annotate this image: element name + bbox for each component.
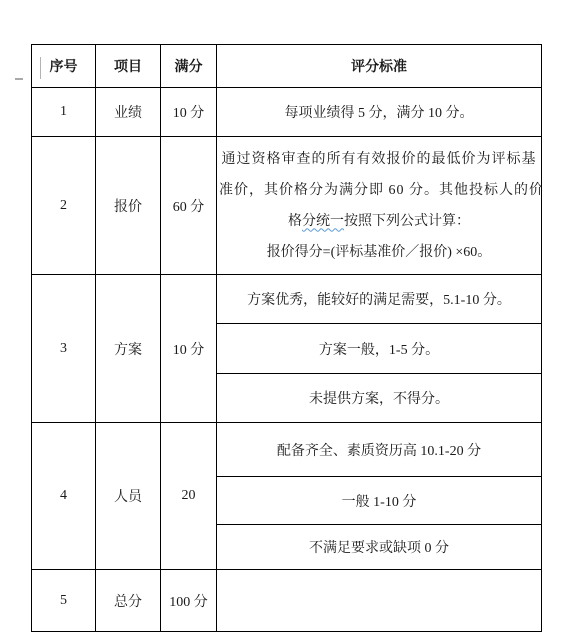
grammar-underlined-text: 分统一 [302,214,344,229]
cell-row4-criteria-average: 一般 1-10 分 [217,477,542,525]
cell-row2-no: 2 [32,137,96,275]
header-full-score: 满分 [161,45,217,88]
cell-row1-criteria: 每项业绩得 5 分，满分 10 分。 [217,88,542,137]
cell-row3-criteria-average: 方案一般，1-5 分。 [217,324,542,374]
price-criteria-line-3-pre: 格 [288,214,302,229]
price-criteria-line-3: 格分统一按照下列公式计算： [219,206,539,237]
table-header-row: 序号 项目 满分 评分标准 [32,45,542,88]
cell-row4-score: 20 [161,423,217,570]
cell-row2-criteria: 通过资格审查的所有有效报价的最低价为评标基 准价，其价格分为满分即 60 分。其… [217,137,542,275]
table-row-performance: 1 业绩 10 分 每项业绩得 5 分，满分 10 分。 [32,88,542,137]
header-item: 项目 [96,45,161,88]
cell-row5-criteria [217,570,542,632]
cell-row3-no: 3 [32,275,96,423]
cell-row4-no: 4 [32,423,96,570]
cell-row5-item: 总分 [96,570,161,632]
cell-row3-item: 方案 [96,275,161,423]
table-row-proposal: 3 方案 10 分 方案优秀，能较好的满足需要，5.1-10 分。 [32,275,542,324]
cell-row3-criteria-excellent: 方案优秀，能较好的满足需要，5.1-10 分。 [217,275,542,324]
margin-dash-mark [15,78,23,80]
cell-row2-score: 60 分 [161,137,217,275]
cell-row4-criteria-high: 配备齐全、素质资历高 10.1-20 分 [217,423,542,477]
header-serial-number: 序号 [32,45,96,88]
cell-row1-no: 1 [32,88,96,137]
table-row-price: 2 报价 60 分 通过资格审查的所有有效报价的最低价为评标基 准价，其价格分为… [32,137,542,275]
cell-row4-item: 人员 [96,423,161,570]
cell-row4-criteria-unqualified: 不满足要求或缺项 0 分 [217,525,542,570]
price-formula-line: 报价得分=(评标基准价／报价) ×60。 [219,237,539,268]
cell-row2-item: 报价 [96,137,161,275]
evaluation-criteria-table: 序号 项目 满分 评分标准 1 业绩 10 分 每项业绩得 5 分，满分 10 … [31,44,542,632]
header-scoring-criteria: 评分标准 [217,45,542,88]
cell-row5-score: 100 分 [161,570,217,632]
table-row-personnel: 4 人员 20 配备齐全、素质资历高 10.1-20 分 [32,423,542,477]
cell-row3-score: 10 分 [161,275,217,423]
cell-row1-item: 业绩 [96,88,161,137]
price-criteria-line-2: 准价，其价格分为满分即 60 分。其他投标人的价 [219,175,539,206]
cell-row3-criteria-none: 未提供方案，不得分。 [217,374,542,423]
price-criteria-line-1: 通过资格审查的所有有效报价的最低价为评标基 [219,144,539,175]
table-row-total: 5 总分 100 分 [32,570,542,632]
price-criteria-line-3-post: 按照下列公式计算： [344,214,470,229]
cell-row5-no: 5 [32,570,96,632]
cell-row1-score: 10 分 [161,88,217,137]
